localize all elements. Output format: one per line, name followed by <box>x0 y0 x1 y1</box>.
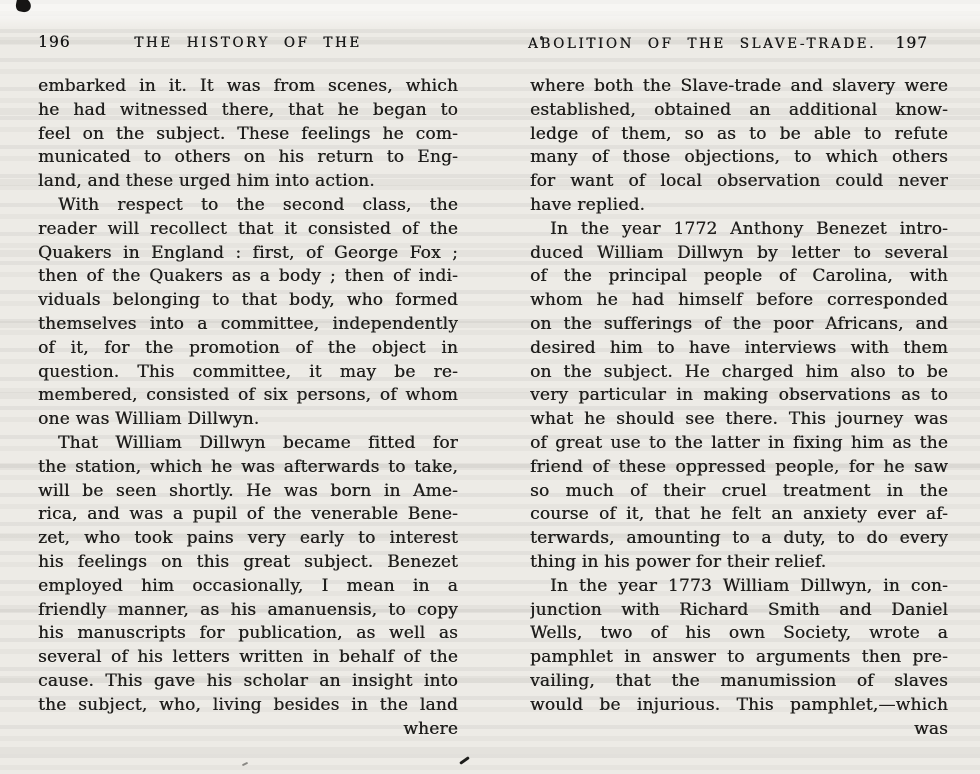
text-line: on the subject. He charged him also to b… <box>530 361 948 385</box>
ink-blot-top-left <box>15 0 33 13</box>
text-line: In the year 1773 William Dillwyn, in con… <box>530 575 948 599</box>
text-line: friend of these oppressed people, for he… <box>530 456 948 480</box>
text-line: rica, and was a pupil of the venerable B… <box>38 503 458 527</box>
ink-speck-bottom-left <box>242 762 248 766</box>
ink-dot-header <box>540 36 543 40</box>
text-line: In the year 1772 Anthony Benezet intro- <box>530 218 948 242</box>
text-line: his manuscripts for publication, as well… <box>38 622 458 646</box>
text-line: junction with Richard Smith and Daniel <box>530 599 948 623</box>
text-line: have replied. <box>530 194 948 218</box>
text-line: thing in his power for their relief. <box>530 551 948 575</box>
text-line: reader will recollect that it consisted … <box>38 218 458 242</box>
text-line: of the principal people of Carolina, wit… <box>530 265 948 289</box>
text-line: on the sufferings of the poor Africans, … <box>530 313 948 337</box>
text-line: he had witnessed there, that he began to <box>38 99 458 123</box>
catchword: where <box>38 718 458 742</box>
text-line: of it, for the promotion of the object i… <box>38 337 458 361</box>
text-line: the station, which he was afterwards to … <box>38 456 458 480</box>
text-line: established, obtained an additional know… <box>530 99 948 123</box>
text-line: ledge of them, so as to be able to refut… <box>530 123 948 147</box>
text-line: many of those objections, to which other… <box>530 146 948 170</box>
running-title-right: ABOLITION OF THE SLAVE-TRADE. <box>528 36 876 52</box>
text-line: friendly manner, as his amanuensis, to c… <box>38 599 458 623</box>
text-line: of great use to the latter in fixing him… <box>530 432 948 456</box>
text-line: duced William Dillwyn by letter to sever… <box>530 242 948 266</box>
text-line: embarked in it. It was from scenes, whic… <box>38 75 458 99</box>
text-line: would be injurious. This pamphlet,—which <box>530 694 948 718</box>
text-line: municated to others on his return to Eng… <box>38 146 458 170</box>
text-line: for want of local observation could neve… <box>530 170 948 194</box>
text-line: cause. This gave his scholar an insight … <box>38 670 458 694</box>
page-right: ABOLITION OF THE SLAVE-TRADE. 197 where … <box>530 30 948 741</box>
page-text-left: embarked in it. It was from scenes, whic… <box>38 75 458 741</box>
text-line: whom he had himself before corresponded <box>530 289 948 313</box>
text-line: Wells, two of his own Society, wrote a <box>530 622 948 646</box>
book-scan: 196 THE HISTORY OF THE embarked in it. I… <box>0 0 980 774</box>
page-number-right: 197 <box>895 34 928 52</box>
text-line: membered, consisted of six persons, of w… <box>38 384 458 408</box>
text-line: the subject, who, living besides in the … <box>38 694 458 718</box>
text-line: employed him occasionally, I mean in a <box>38 575 458 599</box>
text-line: pamphlet in answer to arguments then pre… <box>530 646 948 670</box>
text-line: his feelings on this great subject. Bene… <box>38 551 458 575</box>
text-line: several of his letters written in behalf… <box>38 646 458 670</box>
text-line: terwards, amounting to a duty, to do eve… <box>530 527 948 551</box>
page-text-right: where both the Slave-trade and slavery w… <box>530 75 948 741</box>
text-line: vailing, that the manumission of slaves <box>530 670 948 694</box>
text-line: viduals belonging to that body, who form… <box>38 289 458 313</box>
text-line: zet, who took pains very early to intere… <box>38 527 458 551</box>
text-line: feel on the subject. These feelings he c… <box>38 123 458 147</box>
text-line: then of the Quakers as a body ; then of … <box>38 265 458 289</box>
page-left: 196 THE HISTORY OF THE embarked in it. I… <box>38 30 458 741</box>
text-line: With respect to the second class, the <box>38 194 458 218</box>
text-line: what he should see there. This journey w… <box>530 408 948 432</box>
text-line: question. This committee, it may be re- <box>38 361 458 385</box>
text-line: very particular in making observations a… <box>530 384 948 408</box>
page-header-right: ABOLITION OF THE SLAVE-TRADE. 197 <box>530 30 948 75</box>
ink-speck-bottom-right <box>459 756 470 765</box>
text-line: That William Dillwyn became fitted for <box>38 432 458 456</box>
text-line: one was William Dillwyn. <box>38 408 458 432</box>
text-line: land, and these urged him into action. <box>38 170 458 194</box>
text-line: themselves into a committee, independent… <box>38 313 458 337</box>
text-line: so much of their cruel treatment in the <box>530 480 948 504</box>
running-title-left: THE HISTORY OF THE <box>38 35 458 51</box>
text-line: Quakers in England : first, of George Fo… <box>38 242 458 266</box>
text-line: desired him to have interviews with them <box>530 337 948 361</box>
text-line: course of it, that he felt an anxiety ev… <box>530 503 948 527</box>
page-header-left: 196 THE HISTORY OF THE <box>38 30 458 75</box>
catchword: was <box>530 718 948 742</box>
text-line: will be seen shortly. He was born in Ame… <box>38 480 458 504</box>
text-line: where both the Slave-trade and slavery w… <box>530 75 948 99</box>
